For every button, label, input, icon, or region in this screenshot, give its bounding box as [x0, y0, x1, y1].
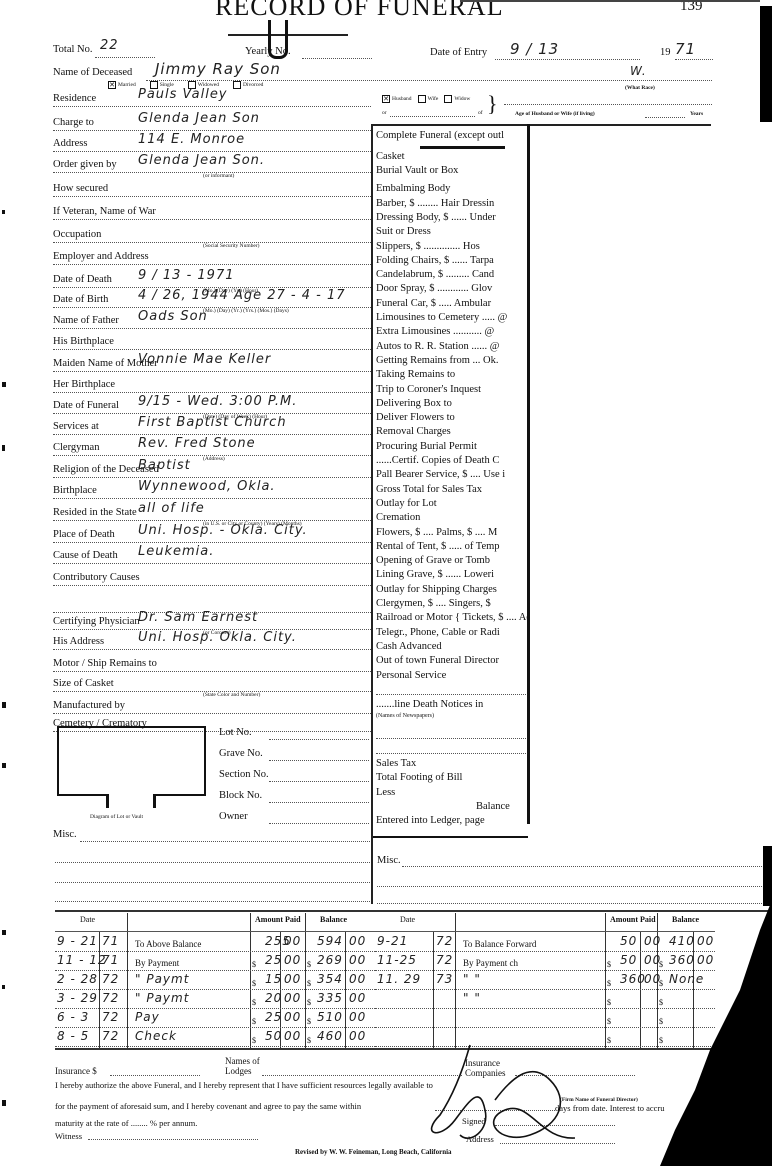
- lot-field-line[interactable]: [269, 802, 369, 803]
- charge-item[interactable]: Lining Grave, $ ...... Loweri: [376, 569, 494, 580]
- field-line[interactable]: [53, 219, 371, 220]
- field-value[interactable]: First Baptist Church: [138, 415, 287, 430]
- ledger-year: 72: [102, 1010, 119, 1024]
- total-no-label: Total No.: [53, 44, 93, 55]
- lot-field: Section No.: [219, 769, 371, 785]
- charge-item[interactable]: Complete Funeral (except outl: [376, 130, 504, 141]
- field-label: Services at: [53, 421, 99, 432]
- charge-item[interactable]: Suit or Dress: [376, 226, 431, 237]
- charge-item[interactable]: Autos to R. R. Station ...... @: [376, 341, 499, 352]
- field-label: Occupation: [53, 229, 101, 240]
- charge-item[interactable]: Less: [376, 787, 395, 798]
- charges-list: Complete Funeral (except outlCasketBuria…: [376, 128, 528, 848]
- charge-item[interactable]: Opening of Grave or Tomb: [376, 555, 490, 566]
- ledger-date: 11-25: [377, 953, 417, 967]
- misc-label-left: Misc.: [53, 829, 77, 840]
- ledger-year: 72: [102, 991, 119, 1005]
- field-value[interactable]: Leukemia.: [138, 544, 214, 559]
- charge-item[interactable]: Procuring Burial Permit: [376, 441, 477, 452]
- date-of-entry-line: [495, 59, 640, 60]
- form-field: Contributory Causes: [53, 572, 373, 588]
- field-label: Clergyman: [53, 442, 99, 453]
- year-prefix: 19: [660, 47, 671, 58]
- charge-item[interactable]: Telegr., Phone, Cable or Radi: [376, 627, 500, 638]
- total-no-value[interactable]: 22: [100, 38, 119, 53]
- field-value[interactable]: 4 / 26, 1944 Age 27 - 4 - 17: [138, 288, 345, 303]
- misc-line-1[interactable]: [80, 841, 372, 842]
- ledger-row-line: [55, 970, 375, 971]
- dollar-sign: $: [307, 979, 311, 988]
- margin-mark: [2, 382, 6, 387]
- form-field: Her Birthplace: [53, 379, 373, 395]
- ledger-row[interactable]: 9 - 2171To Above Balance2550059400: [55, 935, 375, 953]
- ledger-amount-paid: 25: [265, 1010, 282, 1024]
- field-line[interactable]: [53, 264, 371, 265]
- charges-divider: [373, 836, 528, 838]
- field-line[interactable]: [53, 498, 371, 499]
- field-line[interactable]: [53, 563, 371, 564]
- ledger-amount-paid: 50: [265, 1029, 282, 1043]
- field-label: His Birthplace: [53, 336, 114, 347]
- field-label: Date of Birth: [53, 294, 108, 305]
- field-line[interactable]: [53, 196, 371, 197]
- field-line[interactable]: [53, 392, 371, 393]
- field-caption: (Social Security Number): [203, 243, 260, 249]
- field-caption: (Mo.) (Day) (Yr.) (Yrs.) (Mos.) (Days): [203, 308, 289, 314]
- field-caption: (Address): [203, 456, 225, 462]
- misc-line-2[interactable]: [55, 862, 372, 863]
- charge-item[interactable]: Deliver Flowers to: [376, 412, 455, 423]
- field-label: If Veteran, Name of War: [53, 206, 156, 217]
- charge-item[interactable]: Gross Total for Sales Tax: [376, 484, 482, 495]
- form-field: Name of FatherOads Son: [53, 315, 373, 331]
- ledger-year: 72: [436, 953, 453, 967]
- margin-mark: [2, 445, 5, 451]
- ledger-date: 3 - 29: [57, 991, 98, 1005]
- form-field: Charge toGlenda Jean Son: [53, 117, 373, 133]
- charge-item[interactable]: Delivering Box to: [376, 398, 452, 409]
- charge-item[interactable]: Taking Remains to: [376, 369, 455, 380]
- ledger-balance: 335: [317, 991, 343, 1005]
- field-label: How secured: [53, 183, 108, 194]
- dollar-sign: $: [307, 1017, 311, 1026]
- charge-item[interactable]: ......Certif. Copies of Death C: [376, 455, 499, 466]
- ledger-row-line: [55, 1008, 375, 1009]
- ledger-amount-paid-cents: 00: [284, 972, 301, 986]
- form-field: Motor / Ship Remains to: [53, 658, 373, 674]
- misc-label-right: Misc.: [377, 855, 401, 866]
- misc-line-3[interactable]: [55, 882, 372, 883]
- field-label: Resided in the State: [53, 507, 137, 518]
- charge-item[interactable]: .......line Death Notices in: [376, 699, 483, 710]
- lot-diagram-base-left: [57, 794, 108, 796]
- of-label: of: [478, 110, 483, 116]
- checkbox-husband[interactable]: ✕Husband: [382, 95, 412, 103]
- lot-diagram: [57, 726, 206, 796]
- date-of-entry-value[interactable]: 9 / 13: [510, 40, 559, 58]
- ledger-description: To Above Balance: [135, 939, 201, 949]
- ledger-balance: 269: [317, 953, 343, 967]
- ledger-row[interactable]: 6 - 372Pay250051000$$: [55, 1011, 375, 1029]
- form-field: Religion of the DeceasedBaptist: [53, 464, 373, 480]
- ledger-date: 11. 29: [377, 972, 421, 986]
- charge-item[interactable]: Entered into Ledger, page: [376, 815, 485, 826]
- ledger-row[interactable]: 3 - 2972" Paymt200033500$$: [55, 992, 375, 1010]
- ledger-amount-paid: 25: [265, 953, 282, 967]
- margin-mark: [2, 985, 5, 989]
- age-line: [645, 117, 685, 118]
- ledger-row-line: [55, 1046, 375, 1047]
- form-field: Place of DeathUni. Hosp. - Okla. City.: [53, 529, 373, 545]
- charge-item[interactable]: Candelabrum, $ ......... Cand: [376, 269, 494, 280]
- dollar-sign: $: [307, 960, 311, 969]
- charge-item[interactable]: Dressing Body, $ ...... Under: [376, 212, 496, 223]
- field-line[interactable]: [53, 477, 371, 478]
- scan-edge-mid: [763, 846, 772, 906]
- field-label: Manufactured by: [53, 700, 125, 711]
- ledger-description: By Payment: [135, 958, 179, 968]
- charge-item[interactable]: Burial Vault or Box: [376, 165, 458, 176]
- ledger-description: To Balance Forward: [463, 939, 536, 949]
- lot-diagram-leg-left: [106, 794, 109, 808]
- field-line[interactable]: [53, 542, 371, 543]
- field-value[interactable]: Glenda Jean Son: [138, 111, 260, 126]
- charge-item[interactable]: Flowers, $ .... Palms, $ .... M: [376, 527, 497, 538]
- field-caption: (or informant): [203, 173, 234, 179]
- margin-mark: [2, 702, 6, 708]
- ledger-header-balance: Balance: [320, 915, 347, 924]
- charge-item[interactable]: Outlay for Lot: [376, 498, 437, 509]
- form-field: Date of Funeral9/15 - Wed. 3:00 P.M.(Dat…: [53, 400, 373, 416]
- page-number: 139: [680, 0, 703, 15]
- ledger-date: 8 - 5: [57, 1029, 89, 1043]
- field-line[interactable]: [53, 151, 371, 152]
- charge-item[interactable]: Removal Charges: [376, 426, 451, 437]
- ledger-balance-cents: 00: [349, 1029, 366, 1043]
- charge-item[interactable]: Limousines to Cemetery ..... @: [376, 312, 507, 323]
- form-field: Address114 E. Monroe: [53, 138, 373, 154]
- field-line[interactable]: [53, 649, 371, 650]
- dollar-sign: $: [252, 979, 256, 988]
- checkbox-divorced[interactable]: Divorced: [233, 81, 263, 89]
- ledger-header-amount-paid: Amount Paid: [255, 915, 301, 924]
- ledger-year: 71: [102, 934, 119, 948]
- ledger-balance-cents: 00: [349, 991, 366, 1005]
- or-line: [390, 116, 475, 117]
- field-line[interactable]: [53, 371, 371, 372]
- witness-label: Witness: [55, 1131, 82, 1141]
- ledger-row-line: [55, 1027, 375, 1028]
- field-value[interactable]: Rev. Fred Stone: [138, 436, 256, 451]
- form-field: Manufactured by: [53, 700, 373, 716]
- field-label: Charge to: [53, 117, 94, 128]
- field-label: Contributory Causes: [53, 572, 140, 583]
- field-line[interactable]: [53, 328, 371, 329]
- lot-field: Block No.: [219, 790, 371, 806]
- dollar-sign: $: [307, 1036, 311, 1045]
- misc-right-line-2[interactable]: [377, 886, 770, 887]
- field-line[interactable]: [53, 106, 371, 107]
- total-no-line: [95, 57, 155, 58]
- margin-mark: [2, 1100, 6, 1106]
- dollar-sign: $: [307, 998, 311, 1007]
- field-value[interactable]: Glenda Jean Son.: [138, 153, 265, 168]
- lot-field-label: Section No.: [219, 769, 269, 780]
- field-value[interactable]: 114 E. Monroe: [138, 132, 245, 147]
- dollar-sign: $: [252, 960, 256, 969]
- brace: }: [487, 93, 498, 115]
- field-value[interactable]: Oads Son: [138, 309, 208, 324]
- field-label: Motor / Ship Remains to: [53, 658, 157, 669]
- ledger-row[interactable]: 11 - 1271By Payment250026900$$: [55, 954, 375, 972]
- field-label: Size of Casket: [53, 678, 114, 689]
- spouse-name-line: [504, 104, 712, 105]
- ledger-date: 9 - 21: [57, 934, 98, 948]
- charge-blank-line[interactable]: [376, 738, 526, 739]
- charge-item[interactable]: Getting Remains from ... Ok.: [376, 355, 498, 366]
- witness-line[interactable]: [88, 1139, 258, 1140]
- ledger-amount-paid: 15: [265, 972, 282, 986]
- year-line: [675, 59, 713, 60]
- charges-top-border: [371, 124, 711, 126]
- field-label: Cause of Death: [53, 550, 118, 561]
- form-field: His AddressUni. Hosp. Okla. City.: [53, 636, 373, 652]
- field-line[interactable]: [53, 713, 371, 714]
- lot-field-label: Block No.: [219, 790, 262, 801]
- ledger-date: 2 - 28: [57, 972, 98, 986]
- ledger-balance: 510: [317, 1010, 343, 1024]
- ledger-header-date: Date: [400, 915, 415, 924]
- ledger-year: 72: [102, 972, 119, 986]
- charge-item[interactable]: Railroad or Motor { Tickets, $ .... Aero…: [376, 612, 528, 623]
- field-line[interactable]: [53, 434, 371, 435]
- ledger-amount-paid-cents: 00: [284, 1029, 301, 1043]
- charge-item[interactable]: Funeral Car, $ ..... Ambular: [376, 298, 491, 309]
- ledger-date: 6 - 3: [57, 1010, 89, 1024]
- field-value[interactable]: Uni. Hosp. Okla. City.: [138, 630, 297, 645]
- lot-field-label: Owner: [219, 811, 248, 822]
- race-value[interactable]: W.: [630, 64, 647, 78]
- ledger-date: 11 - 12: [57, 953, 107, 967]
- lot-field: Lot No.: [219, 727, 371, 743]
- form-field: Resided in the Stateall of life(in U.S. …: [53, 507, 373, 523]
- ledger-balance-cents: 00: [349, 1010, 366, 1024]
- form-field: Size of Casket(State Color and Number): [53, 678, 373, 694]
- field-line[interactable]: [53, 349, 371, 350]
- ledger-balance: 460: [317, 1029, 343, 1043]
- name-of-deceased-value[interactable]: Jimmy Ray Son: [155, 60, 281, 78]
- authorization-line-1: I hereby authorize the above Funeral, an…: [55, 1080, 433, 1090]
- ledger-row[interactable]: 2 - 2872" Paymt150035400$$: [55, 973, 375, 991]
- form-footer: Revised by W. W. Feineman, Long Beach, C…: [295, 1148, 452, 1156]
- ledger-balance-cents: 00: [349, 972, 366, 986]
- ledger-year: 71: [102, 953, 119, 967]
- ledger-amount-paid-cents: 00: [284, 953, 301, 967]
- ledger-description: " ": [463, 991, 481, 1005]
- ledger-year: 73: [436, 972, 453, 986]
- field-label: Residence: [53, 93, 96, 104]
- charge-item[interactable]: Cash Advanced: [376, 641, 442, 652]
- form-field: BirthplaceWynnewood, Okla.: [53, 485, 373, 501]
- ledger-description: Check: [135, 1029, 177, 1043]
- authorization-line-3: maturity at the rate of ........ % per a…: [55, 1118, 197, 1128]
- form-field: Date of Birth4 / 26, 1944 Age 27 - 4 - 1…: [53, 294, 373, 310]
- charge-item[interactable]: (Names of Newspapers): [376, 713, 434, 719]
- field-caption: (State Color and Number): [203, 692, 260, 698]
- insurance-line[interactable]: [110, 1075, 200, 1076]
- charge-item[interactable]: Rental of Tent, $ ..... of Temp: [376, 541, 500, 552]
- charge-blank-line[interactable]: [376, 694, 526, 695]
- ledger-year: 72: [102, 1029, 119, 1043]
- charge-item[interactable]: Casket: [376, 151, 405, 162]
- field-value[interactable]: Pauls Valley: [138, 87, 228, 102]
- charges-left-border: [371, 124, 373, 904]
- charge-item[interactable]: Clergymen, $ .... Singers, $: [376, 598, 491, 609]
- ledger-balance: 354: [317, 972, 343, 986]
- field-value[interactable]: Uni. Hosp. - Okla. City.: [138, 523, 308, 538]
- relation-group: ✕Husband Wife Widow: [382, 95, 470, 103]
- or-label: or: [382, 110, 387, 116]
- charge-item[interactable]: Balance: [476, 801, 510, 812]
- dollar-sign: $: [252, 998, 256, 1007]
- form-field: His Birthplace: [53, 336, 373, 352]
- ledger-balance-cents: 00: [349, 953, 366, 967]
- charge-item[interactable]: Outlay for Shipping Charges: [376, 584, 497, 595]
- margin-mark: [2, 210, 5, 214]
- form-field: Maiden Name of MotherVonnie Mae Keller: [53, 358, 373, 374]
- charge-blank-line[interactable]: [376, 753, 526, 754]
- field-label: Birthplace: [53, 485, 97, 496]
- field-value[interactable]: all of life: [138, 501, 205, 516]
- ledger-amount-paid-cents: 00: [284, 1010, 301, 1024]
- lot-diagram-base-right: [153, 794, 204, 796]
- field-value[interactable]: Dr. Sam Earnest: [138, 610, 258, 625]
- charge-item[interactable]: Embalming Body: [376, 183, 450, 194]
- lot-field-label: Lot No.: [219, 727, 252, 738]
- form-field: ClergymanRev. Fred Stone(Address): [53, 442, 373, 458]
- dollar-sign: $: [252, 1036, 256, 1045]
- scan-edge-top: [760, 6, 772, 122]
- ledger-description: " ": [463, 972, 481, 986]
- ledger-amount-paid-cents: 00: [284, 991, 301, 1005]
- charge-item[interactable]: Extra Limousines ........... @: [376, 326, 494, 337]
- lot-field: Grave No.: [219, 748, 371, 764]
- ledger-header-date: Date: [80, 915, 95, 924]
- ledger-row-line: [55, 989, 375, 990]
- misc-right-line-1[interactable]: [402, 866, 770, 867]
- charge-item[interactable]: Total Footing of Bill: [376, 772, 462, 783]
- ledger-year: 72: [436, 934, 453, 948]
- ledger-description: By Payment ch: [463, 958, 518, 968]
- margin-mark: [2, 930, 6, 935]
- lot-field-line[interactable]: [269, 823, 369, 824]
- field-label: Date of Death: [53, 274, 112, 285]
- form-title: RECORD OF FUNERAL: [215, 0, 504, 22]
- date-of-entry-label: Date of Entry: [430, 47, 487, 58]
- lot-field-line[interactable]: [269, 739, 369, 740]
- field-line[interactable]: [53, 130, 371, 131]
- charge-item[interactable]: Barber, $ ........ Hair Dressin: [376, 198, 494, 209]
- field-value[interactable]: 9/15 - Wed. 3:00 P.M.: [138, 394, 297, 409]
- ledger-description: " Paymt: [135, 972, 189, 986]
- race-caption: (What Race): [625, 85, 655, 91]
- field-label: Place of Death: [53, 529, 115, 540]
- age-spouse-label: Age of Husband or Wife (if living): [515, 111, 595, 117]
- lot-field-line[interactable]: [269, 760, 369, 761]
- ledger-amount-paid-cents: 00: [284, 934, 301, 948]
- lot-field-line[interactable]: [269, 781, 369, 782]
- lodges-label: Names of Lodges: [225, 1056, 265, 1076]
- checkbox-wife[interactable]: Wife: [418, 95, 439, 103]
- authorization-line-2: for the payment of aforesaid sum, and I …: [55, 1101, 361, 1111]
- charge-item[interactable]: Personal Service: [376, 670, 446, 681]
- ledger-balance-cents: 00: [349, 934, 366, 948]
- lot-diagram-caption: Diagram of Lot or Vault: [90, 814, 143, 820]
- ledger-description: " Paymt: [135, 991, 189, 1005]
- form-field: ResidencePauls Valley: [53, 93, 373, 109]
- form-field: If Veteran, Name of War: [53, 206, 373, 222]
- field-value[interactable]: Wynnewood, Okla.: [138, 479, 276, 494]
- yearly-no-line: [302, 58, 372, 59]
- field-value[interactable]: Baptist: [138, 458, 191, 473]
- charge-item[interactable]: Pall Bearer Service, $ .... Use i: [376, 469, 505, 480]
- lot-field: Owner: [219, 811, 371, 827]
- form-field: How secured: [53, 183, 373, 199]
- field-value[interactable]: Vonnie Mae Keller: [138, 352, 271, 367]
- ledger-row-line: [55, 951, 375, 952]
- field-label: Name of Father: [53, 315, 119, 326]
- top-edge-line: [460, 0, 760, 2]
- lot-diagram-leg-right: [153, 794, 156, 808]
- checkbox-widow[interactable]: Widow: [444, 95, 470, 103]
- form-field: Cause of DeathLeukemia.: [53, 550, 373, 566]
- misc-line-4[interactable]: [55, 901, 372, 902]
- ledger-description: Pay: [135, 1010, 160, 1024]
- ledger-balance: 594: [317, 934, 343, 948]
- year-suffix[interactable]: 71: [675, 40, 696, 58]
- field-line[interactable]: [53, 671, 371, 672]
- charge-item[interactable]: Cremation: [376, 512, 420, 523]
- form-field: Employer and Address: [53, 251, 373, 267]
- field-line[interactable]: [53, 585, 371, 586]
- field-label: Employer and Address: [53, 251, 149, 262]
- charge-item[interactable]: Door Spray, $ ............ Glov: [376, 283, 492, 294]
- charge-item[interactable]: Folding Chairs, $ ...... Tarpa: [376, 255, 494, 266]
- form-field: Services atFirst Baptist Church: [53, 421, 373, 437]
- ledger-amount-paid: 20: [265, 991, 282, 1005]
- charge-item[interactable]: Sales Tax: [376, 758, 416, 769]
- insurance-label: Insurance $: [55, 1066, 97, 1076]
- charge-item[interactable]: Slippers, $ .............. Hos: [376, 241, 480, 252]
- field-label: Order given by: [53, 159, 117, 170]
- ledger-date: 9-21: [377, 934, 408, 948]
- name-of-deceased-label: Name of Deceased: [53, 67, 132, 78]
- signature-scrawl[interactable]: [410, 1040, 580, 1150]
- field-label: Address: [53, 138, 87, 149]
- charge-item[interactable]: Trip to Coroner's Inquest: [376, 384, 481, 395]
- charge-item[interactable]: Out of town Funeral Director: [376, 655, 499, 666]
- form-field: Occupation(Social Security Number): [53, 229, 373, 245]
- years-label: Years: [690, 111, 703, 117]
- dollar-sign: $: [252, 1017, 256, 1026]
- form-field: Order given byGlenda Jean Son.(or inform…: [53, 159, 373, 175]
- checkbox-married[interactable]: ✕Married: [108, 81, 136, 89]
- yearly-no-label: Yearly No.: [245, 46, 291, 57]
- field-value[interactable]: 9 / 13 - 1971: [138, 268, 235, 283]
- ledger-row[interactable]: 8 - 572Check500046000$$: [55, 1030, 375, 1048]
- margin-mark: [2, 763, 6, 768]
- lot-field-label: Grave No.: [219, 748, 263, 759]
